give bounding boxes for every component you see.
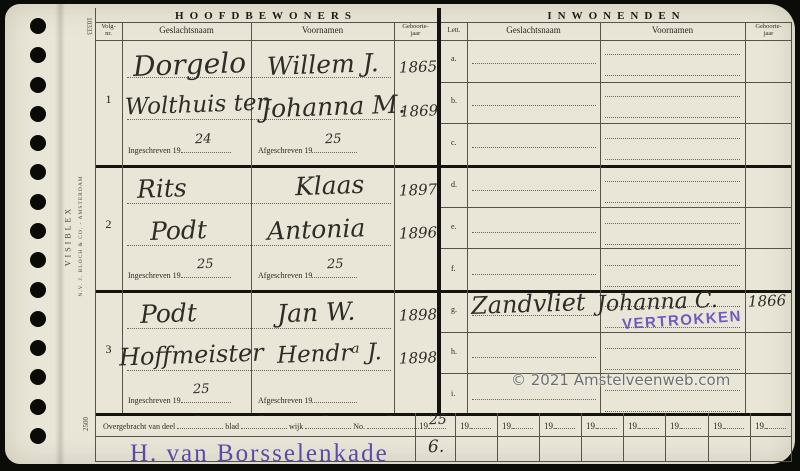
transfer-label-deel: Overgebracht van deel [103,422,175,431]
year-prefix: 19. [628,421,639,431]
col-header-birthyear-right: Geboorte- jaar [745,22,792,40]
writing-line [127,203,391,204]
punch-hole [30,164,46,180]
year-cell: 19. [713,420,744,431]
writing-line [472,357,596,358]
year-cell: 19. [586,420,617,431]
year-prefix: 19. [460,421,471,431]
row-letter: a. [451,54,457,63]
transfer-blank-no: – [367,420,419,429]
punch-hole [30,340,46,356]
registered-label: Ingeschreven 19 [128,144,231,155]
deregistered-label-text: Afgeschreven 19 [258,271,312,280]
grid-line [665,413,666,461]
year-cell: 19. [755,420,786,431]
punch-hole [30,399,46,415]
year-blank [513,420,533,429]
grid-line [467,22,468,413]
year-cell: 19. [502,420,533,431]
deregistered-label-text: Afgeschreven 19 [258,146,312,155]
address-stamp: H. van Borsselenkade [130,440,389,468]
writing-line [605,117,740,118]
handwritten-birthyear: 1865 [399,57,438,76]
handwritten-year-value: 25 [429,412,447,429]
year-blank [681,420,701,429]
handwritten-surname: Podt [150,215,208,246]
registered-year-value: 25 [197,257,214,273]
transfer-label-no: No. [353,422,365,431]
grid-line [95,165,792,168]
punch-hole [30,369,46,385]
year-cell: 19. [670,420,701,431]
transfer-label-blad: blad [225,422,239,431]
year-blank [471,420,491,429]
handwritten-surname: Zandvliet [471,288,586,320]
grid-line [394,22,395,413]
grid-line [441,248,792,249]
deregistered-label: Afgeschreven 19 [258,144,357,155]
brand-vertical: VISIBLEX [64,206,73,266]
handwritten-birthyear: 1869 [400,101,439,120]
grid-line [441,82,792,83]
transfer-mark: – [323,410,328,421]
handwritten-firstnames: Klaas [295,170,365,201]
registered-year-value: 25 [193,382,210,398]
writing-line [472,105,596,106]
handwritten-six: 6. [428,437,445,458]
punch-hole [30,428,46,444]
writing-line [127,328,391,329]
year-cell: 19. [460,420,491,431]
grid-line [600,22,601,413]
row-letter: c. [451,138,457,147]
deregistered-year-value: 25 [325,132,342,148]
year-prefix: 19. [755,421,766,431]
row-letter: i. [451,389,455,398]
handwritten-birthyear: 1898 [399,348,438,367]
col-header-birthyear-left: Geboorte- jaar [394,22,437,40]
year-prefix: 19. [713,421,724,431]
year-blank [639,420,659,429]
transfer-blank-deel: – [177,420,223,429]
writing-line [472,63,596,64]
volgnr-2: 2 [95,217,122,232]
writing-line [605,223,740,224]
row-letter: f. [451,264,456,273]
row-letter: h. [451,347,457,356]
year-blank [766,420,786,429]
punch-hole [30,194,46,210]
row-letter: b. [451,96,457,105]
punch-hole [30,282,46,298]
col-header-firstnames-left: Voornamen [251,22,394,40]
grid-line [539,413,540,461]
transfer-label-wijk: wijk [289,422,303,431]
writing-line [605,159,740,160]
year-prefix: 19. [544,421,555,431]
writing-line [605,54,740,55]
transfer-mark: – [259,410,264,421]
deregistered-year-value: 25 [327,257,344,273]
grid-line [581,413,582,461]
col-header-surname-right: Geslachtsnaam [467,22,600,40]
writing-line [605,390,740,391]
grid-line [745,22,746,413]
handwritten-surname: Podt [140,298,198,329]
form-number-vertical: 10333 [85,17,93,35]
year-cell: 19. [544,420,575,431]
grid-line [95,8,96,461]
handwritten-birthyear: 1896 [399,223,438,242]
col-header-lett: Lett. [441,22,467,40]
col-header-firstnames-right: Voornamen [600,22,745,40]
row-letter: e. [451,222,457,231]
population-register-card: 10333 VISIBLEX N.V. J. BLOCH & CO. - AMS… [5,4,795,464]
print-run-vertical: 2500 [82,417,90,431]
writing-line [605,369,740,370]
writing-line [605,286,740,287]
registered-label-text: Ingeschreven 19 [128,396,181,405]
punch-hole [30,135,46,151]
year-cell: 19. [628,420,659,431]
handwritten-birthyear: 1897 [399,180,438,199]
writing-line [605,411,740,412]
col-header-volgnr: Volg- nr. [95,22,122,40]
writing-line [472,190,596,191]
transfer-blank-blad: – [241,420,287,429]
deregistered-label: Afgeschreven 19 [258,394,357,405]
punch-hole [30,106,46,122]
year-prefix: 19 [419,421,428,431]
writing-line [605,96,740,97]
deregistered-label-text: Afgeschreven 19 [258,396,312,405]
writing-line [605,138,740,139]
watermark-copyright: © 2021 Amstelveenweb.com [511,371,730,389]
grid-line [95,40,792,41]
grid-line [623,413,624,461]
writing-line [472,147,596,148]
grid-line [708,413,709,461]
grid-line [95,22,792,23]
registered-label-text: Ingeschreven 19 [128,271,181,280]
grid-line [750,413,751,461]
writing-line [605,265,740,266]
deregistered-blank [312,394,357,403]
year-prefix: 19. [586,421,597,431]
grid-line [441,207,792,208]
handwritten-surname: Rits [137,173,188,204]
registered-label-text: Ingeschreven 19 [128,146,181,155]
left-section-title: HOOFDBEWONERS [95,10,437,22]
transfer-line: Overgebracht van deel – blad – wijk – No… [103,420,419,431]
writing-line [605,244,740,245]
writing-line [472,399,596,400]
year-prefix: 19. [502,421,513,431]
handwritten-firstnames: Hendrᵃ J. [277,339,383,369]
grid-line [441,332,792,333]
writing-line [472,274,596,275]
writing-line [127,370,391,371]
registered-label: Ingeschreven 19 [128,269,231,280]
row-letter: d. [451,180,457,189]
writing-line [605,75,740,76]
writing-line [605,348,740,349]
transfer-mark: – [195,410,200,421]
handwritten-firstnames: Johanna M. [261,89,407,123]
handwritten-birthyear: 1866 [748,291,787,310]
punch-hole [30,223,46,239]
transfer-blank-wijk: – [305,420,351,429]
year-prefix: 19. [670,421,681,431]
registered-label: Ingeschreven 19 [128,394,231,405]
year-blank [597,420,617,429]
volgnr-1: 1 [95,92,122,107]
handwritten-surname: Hoffmeister [119,338,265,371]
handwritten-surname: Dorgelo [132,46,246,83]
punch-hole [30,252,46,268]
grid-line [791,22,792,461]
writing-line [605,181,740,182]
registered-year-value: 24 [195,132,212,148]
transfer-mark: – [387,410,392,421]
punch-hole [30,311,46,327]
writing-line [605,202,740,203]
grid-line [441,123,792,124]
center-divider [437,8,441,413]
right-section-title: INWONENDEN [441,10,792,22]
handwritten-firstnames: Jan W. [277,297,356,329]
writing-line [472,232,596,233]
manufacturer-vertical: N.V. J. BLOCH & CO. - AMSTERDAM [78,175,84,296]
year-blank [555,420,575,429]
grid-line [455,413,456,461]
punch-hole [30,77,46,93]
punch-hole [30,18,46,34]
year-blank [724,420,744,429]
punch-hole [30,47,46,63]
handwritten-surname: Wolthuis ten [125,89,272,120]
grid-line [497,413,498,461]
handwritten-firstnames: Antonia [267,213,366,245]
col-header-surname-left: Geslachtsnaam [122,22,251,40]
row-letter: g. [451,305,457,314]
handwritten-firstnames: Willem J. [267,48,380,81]
handwritten-birthyear: 1898 [399,305,438,324]
